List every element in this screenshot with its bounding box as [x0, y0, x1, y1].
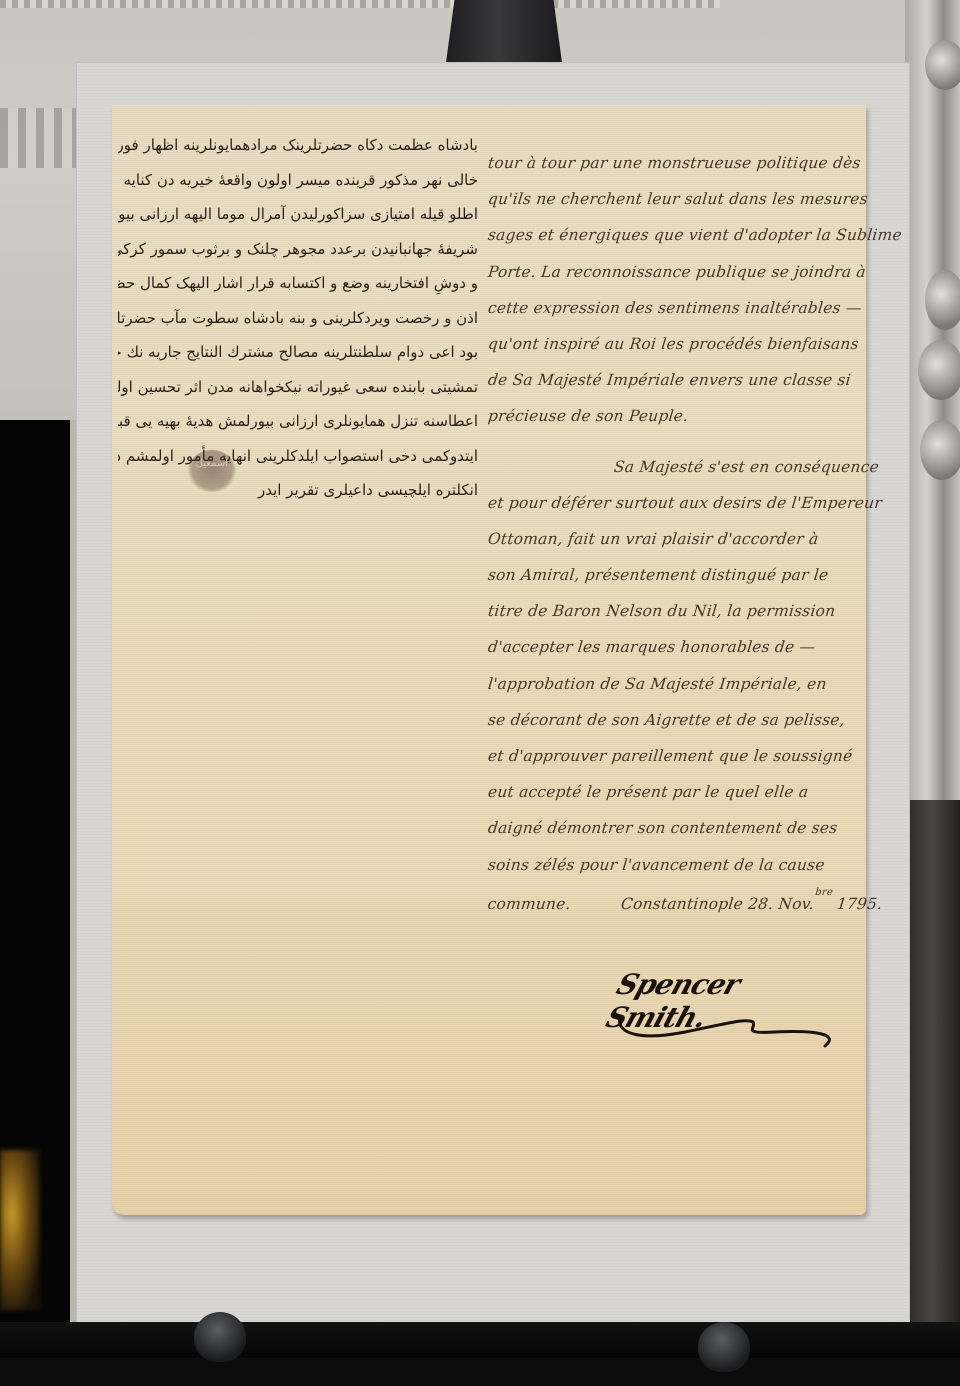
ottoman-line: بادشاه عظمت دکاه حضرتلرینک مرادهمایونلری…	[118, 128, 478, 163]
french-line: Ottoman, fait un vrai plaisir d'accorder…	[486, 521, 870, 557]
french-line: l'approbation de Sa Majesté Impériale, e…	[486, 666, 870, 702]
french-line: titre de Baron Nelson du Nil, la permiss…	[486, 593, 870, 629]
ottoman-line: شریفهٔ جهانبانیدن برعدد مجوهر چلنک و برث…	[118, 232, 478, 267]
seal-text: اسمعیل	[196, 458, 228, 469]
french-line: eut accepté le présent par le quel elle …	[486, 774, 870, 810]
french-line: soins zélés pour l'avancement de la caus…	[486, 847, 870, 883]
french-line: Porte. La reconnoissance publique se joi…	[486, 254, 870, 290]
ottoman-line: خالی نهر مذکور قربنده میسر اولون واقعهٔ …	[118, 163, 478, 198]
date-day: 28.	[747, 895, 774, 913]
wall-molding-top	[0, 0, 720, 8]
ottoman-text-column: بادشاه عظمت دکاه حضرتلرینک مرادهمایونلری…	[118, 128, 478, 508]
french-line: cette expression des sentimens inaltérab…	[486, 290, 870, 326]
date-month-superscript: bre	[815, 887, 834, 898]
french-line: daigné démontrer son contentement de ses	[486, 810, 870, 846]
ottoman-line: تمشیتی بابنده سعی غیوراته نیکخواهانه مدن…	[118, 370, 478, 405]
pillar-carving	[920, 420, 960, 480]
ottoman-line: ایتدوکمی دخی استصواب ایلدکلرینی انهایه م…	[118, 439, 478, 474]
pillar-carving	[925, 270, 960, 330]
pillar-carving	[918, 340, 960, 400]
french-line: sages et énergiques que vient d'adopter …	[486, 217, 870, 253]
easel-knob-right	[698, 1322, 750, 1372]
easel-top-post	[445, 0, 563, 70]
french-line: précieuse de son Peuple.	[486, 398, 870, 434]
gold-ornament	[0, 1150, 40, 1310]
french-line: Sa Majesté s'est en conséquence	[486, 449, 870, 485]
date-year: 1795.	[836, 895, 883, 913]
french-line: et d'approuver pareillement que le souss…	[486, 738, 870, 774]
french-line: tour à tour par une monstrueuse politiqu…	[486, 145, 870, 181]
ottoman-line: اذن و رخصت ویردکلرینی و بنه بادشاه سطوت …	[118, 301, 478, 336]
french-line: de Sa Majesté Impériale envers une class…	[486, 362, 870, 398]
easel-ledge	[0, 1322, 960, 1358]
easel-base	[0, 1358, 960, 1386]
pillar-carving	[925, 40, 960, 90]
french-text-column: tour à tour par une monstrueuse politiqu…	[488, 145, 868, 919]
french-line: qu'ils ne cherchent leur salut dans les …	[486, 181, 870, 217]
easel-knob-left	[194, 1312, 246, 1362]
french-line: qu'ont inspiré au Roi les procédés bienf…	[486, 326, 870, 362]
pillar-shadow	[905, 800, 960, 1386]
french-line: d'accepter les marques honorables de —	[486, 629, 870, 665]
date-place: Constantinople	[620, 895, 744, 913]
ottoman-line: و دوشِ افتخارینه وضع و اکتسابه قرار اشار…	[118, 266, 478, 301]
ottoman-line: اعطاسنه تنزل همایونلری ارزانی بیورلمش هد…	[118, 404, 478, 439]
signature-flourish-icon	[615, 1008, 840, 1048]
wall-molding-left	[0, 108, 80, 168]
ottoman-line: بود اعی دوام سلطنتلرینه مصالح مشترك النت…	[118, 335, 478, 370]
french-line: son Amiral, présentement distingué par l…	[486, 557, 870, 593]
french-line: se décorant de son Aigrette et de sa pel…	[486, 702, 870, 738]
date-month: Nov.	[778, 895, 815, 913]
french-line: et pour déférer surtout aux desirs de l'…	[486, 485, 870, 521]
ottoman-line: انکلتره ایلچیسی داعیلری تقریر ایدر	[118, 473, 478, 508]
closing-word: commune.	[487, 895, 572, 913]
ink-seal-stamp: اسمعیل	[188, 450, 236, 492]
dateline: commune. Constantinople 28. Nov.bre 1795…	[486, 883, 870, 919]
ottoman-line: اطلو قیله امتیازی سزاکورلیدن آمرال موما …	[118, 197, 478, 232]
